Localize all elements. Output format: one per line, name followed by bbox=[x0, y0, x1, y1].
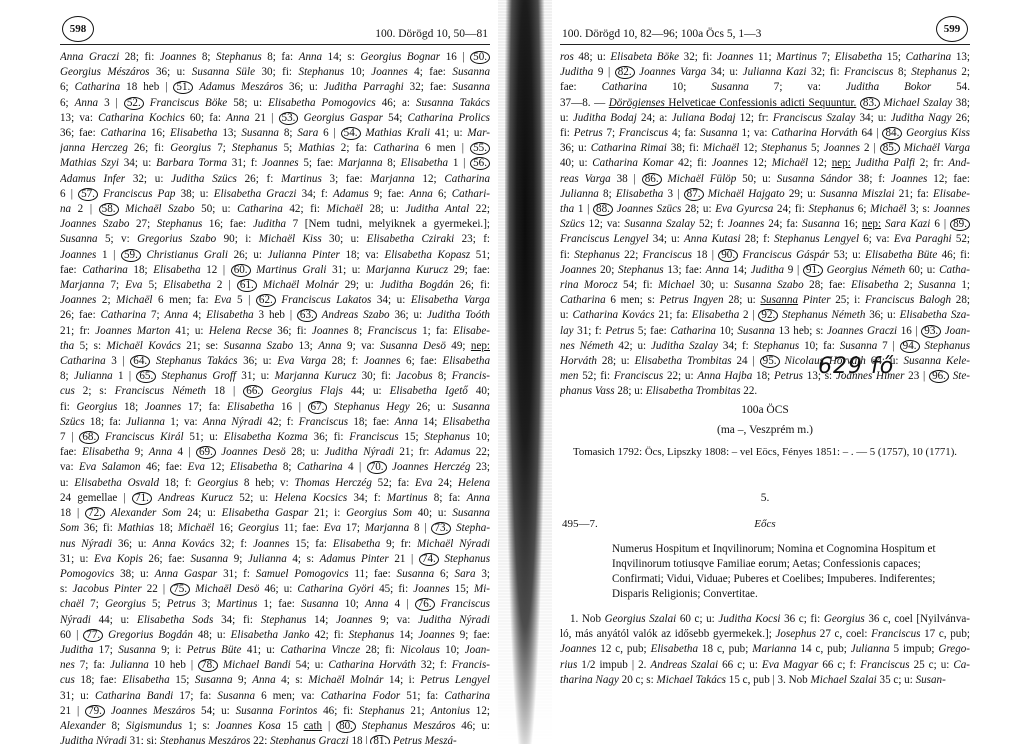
text-line: s: Jacobus Pinter 22 | 75. Michaël Desö … bbox=[60, 582, 490, 597]
circled-household-number: 87. bbox=[684, 188, 704, 201]
text-line: Susanna 5; v: Gregorius Szabo 90; i: Mic… bbox=[60, 232, 490, 247]
right-page-body: ros 48; u: Elisabeta Böke 32; fi: Joanne… bbox=[560, 50, 970, 400]
circled-household-number: 89. bbox=[950, 218, 970, 231]
text-line: fi: Stephanus 22; Franciscus 18 | 90. Fr… bbox=[560, 248, 970, 263]
text-line: Joannes 20; Stephanus 13; fae: Anna 14; … bbox=[560, 263, 970, 278]
running-head: 100. Dörögd 10, 50—81 bbox=[375, 28, 488, 40]
text-line: 26; fae: Catharina 7; Anna 4; Elisabetha… bbox=[60, 308, 490, 323]
text-line: u: Juditha Bodaj 24; a: Juliana Bodaj 12… bbox=[560, 111, 970, 126]
circled-household-number: 60. bbox=[231, 264, 251, 277]
circled-household-number: 84. bbox=[882, 127, 902, 140]
circled-household-number: 58. bbox=[99, 203, 119, 216]
text-line: nes Németh 42; u: Juditha Szalay 34; f: … bbox=[560, 339, 970, 354]
circled-household-number: 88. bbox=[593, 203, 613, 216]
text-line: rina Morocz 54; fi: Michael 30; u: Susan… bbox=[560, 278, 970, 293]
text-line: na 2 | 58. Michaël Szabo 50; u: Catharin… bbox=[60, 202, 490, 217]
text-line: Joannes Szabo 27; Stephanus 16; fae: Jud… bbox=[60, 217, 490, 232]
left-page-body: Anna Graczi 28; fi: Joannes 8; Stephanus… bbox=[60, 50, 490, 744]
text-line: 40; u: Catharina Komar 42; fi: Joannes 1… bbox=[560, 156, 970, 171]
circled-household-number: 65. bbox=[136, 370, 156, 383]
text-line: cus 18; fae: Elisabetha 15; Susanna 9; A… bbox=[60, 673, 490, 688]
text-line: Juditha 9 | 82. Joannes Varga 34; u: Jul… bbox=[560, 65, 970, 80]
text-line: 37—8. — Dörögienses Helveticae Confessio… bbox=[560, 96, 970, 111]
running-head: 100. Dörögd 10, 82—96; 100a Öcs 5, 1—3 bbox=[562, 28, 761, 40]
text-line: lay 31; f: Petrus 5; fae: Catharina 10; … bbox=[560, 324, 970, 339]
circled-household-number: 68. bbox=[79, 431, 99, 444]
text-line: cus 2; s: Franciscus Németh 18 | 66. Geo… bbox=[60, 384, 490, 399]
text-line: 31; u: Catharina Bandi 17; fa: Susanna 6… bbox=[60, 689, 490, 704]
circled-household-number: 56. bbox=[470, 157, 490, 170]
text-line: fae: Elisabetha 9; Anna 4 | 69. Joannes … bbox=[60, 445, 490, 460]
circled-household-number: 53. bbox=[279, 112, 299, 125]
circled-household-number: 93. bbox=[921, 325, 941, 338]
text-line: men 52; fi: Franciscus 22; u: Anna Hajba… bbox=[560, 369, 970, 384]
text-line: Marjanna 7; Eva 5; Elisabetha 2 | 61. Mi… bbox=[60, 278, 490, 293]
circled-household-number: 72. bbox=[85, 507, 105, 520]
circled-household-number: 91. bbox=[803, 264, 823, 277]
text-line: janna Herczeg 26; fi: Georgius 7; Stepha… bbox=[60, 141, 490, 156]
page-number-circled: 599 bbox=[936, 16, 968, 42]
text-line: 24 gemellae | 71. Andreas Kurucz 52; u: … bbox=[60, 491, 490, 506]
text-line: rius 1/2 impub | 2. Andreas Szalai 66 c;… bbox=[560, 658, 970, 673]
text-line: ló, más anyától valók az idősebb gyermek… bbox=[560, 627, 970, 642]
circled-household-number: 95. bbox=[760, 355, 780, 368]
circled-household-number: 79. bbox=[85, 705, 105, 718]
text-line: Catharina 6 men; s: Petrus Ingyen 28; u:… bbox=[560, 293, 970, 308]
text-line: Catharina 3 | 64. Stephanus Takács 36; u… bbox=[60, 354, 490, 369]
text-line: Julianna 8; Elisabetha 3 | 87. Michaël H… bbox=[560, 187, 970, 202]
text-line: Szücs 18; fa: Julianna 1; va: Anna Nýrad… bbox=[60, 415, 490, 430]
text-line: Alexander 8; Sigismundus 1; s: Joannes K… bbox=[60, 719, 490, 734]
text-line: Mathias Szyi 34; u: Barbara Torma 31; f:… bbox=[60, 156, 490, 171]
circled-household-number: 52. bbox=[124, 97, 144, 110]
circled-household-number: 66. bbox=[243, 385, 263, 398]
circled-household-number: 77. bbox=[83, 629, 103, 642]
circled-household-number: 61. bbox=[237, 279, 257, 292]
text-line: fae: Catharina 18; Elisabetha 12 | 60. M… bbox=[60, 263, 490, 278]
text-line: Joannes 12 c, pub; Elisabetha 18 c, pub;… bbox=[560, 642, 970, 657]
text-line: Pomogovics 38; u: Anna Gaspar 31; f: Sam… bbox=[60, 567, 490, 582]
circled-household-number: 81. bbox=[370, 735, 390, 744]
census-column-heading: Numerus Hospitum et Inqvilinorum; Nomina… bbox=[612, 542, 968, 602]
left-page: 598 100. Dörögd 10, 50—81 Anna Graczi 28… bbox=[60, 0, 490, 744]
text-line: ros 48; u: Elisabeta Böke 32; fi: Joanne… bbox=[560, 50, 970, 65]
circled-household-number: 83. bbox=[860, 97, 880, 110]
text-line: Som 36; fi: Mathias 18; Michaël 16; Geor… bbox=[60, 521, 490, 536]
text-line: Nýradi 44; u: Elisabetha Sods 34; fi: St… bbox=[60, 613, 490, 628]
circled-household-number: 62. bbox=[256, 294, 276, 307]
text-line: tha 5; s: Michaël Kovács 21; se: Susanna… bbox=[60, 339, 490, 354]
circled-household-number: 51. bbox=[173, 81, 193, 94]
circled-household-number: 59. bbox=[121, 249, 141, 262]
text-line: Horváth 28; u: Elisabetha Trombitas 24 |… bbox=[560, 354, 970, 369]
entry-place-name: Eőcs bbox=[560, 518, 970, 530]
circled-household-number: 92. bbox=[758, 309, 778, 322]
text-line: nus Nýradi 36; u: Anna Kovács 32; f: Joa… bbox=[60, 537, 490, 552]
circled-household-number: 78. bbox=[198, 659, 218, 672]
text-line: tha 1 | 88. Joannes Szücs 28; u: Eva Gyu… bbox=[560, 202, 970, 217]
locality-title: 100a ÖCS bbox=[560, 404, 970, 416]
text-line: 60 | 77. Gregorius Bogdán 48; u: Elisabe… bbox=[60, 628, 490, 643]
left-page-header: 598 100. Dörögd 10, 50—81 bbox=[60, 18, 490, 45]
text-line: fae: Catharina 10; Susanna 7; va: Judith… bbox=[560, 80, 970, 95]
text-line: 13; va: Catharina Kochics 60; fa: Anna 2… bbox=[60, 111, 490, 126]
circled-household-number: 80. bbox=[336, 720, 356, 733]
text-line: 6; Anna 3 | 52. Franciscus Böke 58; u: E… bbox=[60, 96, 490, 111]
circled-household-number: 75. bbox=[170, 583, 190, 596]
circled-household-number: 96. bbox=[929, 370, 949, 383]
locality-subtitle: (ma –, Veszprém m.) bbox=[560, 424, 970, 436]
text-line: Juditha Nýradi 31; si: Stephanus Meszáro… bbox=[60, 734, 490, 744]
page-number-circled: 598 bbox=[62, 16, 94, 42]
circled-household-number: 57. bbox=[78, 188, 98, 201]
text-line: 18 | 72. Alexander Som 24; u: Elisabetha… bbox=[60, 506, 490, 521]
right-page: 100. Dörögd 10, 82—96; 100a Öcs 5, 1—3 5… bbox=[560, 0, 970, 744]
text-line: 21 | 79. Joannes Meszáros 54; u: Susanna… bbox=[60, 704, 490, 719]
text-line: Juditha 17; Susanna 9; i: Petrus Büte 41… bbox=[60, 643, 490, 658]
circled-household-number: 90. bbox=[718, 249, 738, 262]
text-line: 8; Julianna 1 | 65. Stephanus Groff 31; … bbox=[60, 369, 490, 384]
circled-household-number: 69. bbox=[196, 446, 216, 459]
text-line: phanus Vass 28; u: Elisabetha Trombitas … bbox=[560, 384, 970, 399]
text-line: u: Catharina Kovács 21; fa: Elisabetha 2… bbox=[560, 308, 970, 323]
text-line: Joannes 2; Michaël 6 men; fa: Eva 5 | 62… bbox=[60, 293, 490, 308]
text-line: reas Varga 38 | 86. Michaël Fülöp 50; u:… bbox=[560, 172, 970, 187]
circled-household-number: 73. bbox=[431, 522, 451, 535]
circled-household-number: 85. bbox=[880, 142, 900, 155]
text-line: tharina Nagy 20 c; s: Michael Takács 15 … bbox=[560, 673, 970, 688]
circled-household-number: 63. bbox=[297, 309, 317, 322]
text-line: 1. Nob Georgius Szalai 60 c; u: Juditha … bbox=[560, 612, 970, 627]
text-line: nes 7; fa: Julianna 10 heb | 78. Michael… bbox=[60, 658, 490, 673]
circled-household-number: 71. bbox=[132, 492, 152, 505]
text-line: fi: Petrus 7; Franciscus 4; fa: Susanna … bbox=[560, 126, 970, 141]
text-line: 21; fr: Joannes Marton 41; u: Helena Rec… bbox=[60, 324, 490, 339]
right-page-header: 100. Dörögd 10, 82—96; 100a Öcs 5, 1—3 5… bbox=[560, 18, 970, 45]
text-line: 6 | 57. Franciscus Pap 38; u: Elisabetha… bbox=[60, 187, 490, 202]
circled-household-number: 82. bbox=[615, 66, 635, 79]
text-line: fi: Georgius 18; Joannes 17; fa: Elisabe… bbox=[60, 400, 490, 415]
circled-household-number: 64. bbox=[130, 355, 150, 368]
text-line: Adamus Infer 32; u: Juditha Szücs 26; f:… bbox=[60, 172, 490, 187]
circled-household-number: 86. bbox=[642, 173, 662, 186]
text-line: u: Elisabetha Osvald 18; f: Georgius 8 h… bbox=[60, 476, 490, 491]
circled-household-number: 70. bbox=[367, 461, 387, 474]
circled-household-number: 74. bbox=[419, 553, 439, 566]
circled-household-number: 54. bbox=[341, 127, 361, 140]
text-line: 7 | 68. Franciscus Királ 51; u: Elisabet… bbox=[60, 430, 490, 445]
locality-sources: Tomasich 1792: Öcs, Lipszky 1808: – vel … bbox=[560, 446, 970, 458]
text-line: Joannes 1 | 59. Christianus Grali 26; u:… bbox=[60, 248, 490, 263]
circled-household-number: 67. bbox=[308, 401, 328, 414]
book-gutter bbox=[505, 0, 545, 744]
handwritten-note: 629 fő bbox=[818, 354, 894, 379]
text-line: 6; Catharina 18 heb | 51. Adamus Meszáro… bbox=[60, 80, 490, 95]
circled-household-number: 50. bbox=[470, 51, 490, 64]
text-line: 36; fae: Catharina 16; Elisabetha 13; Su… bbox=[60, 126, 490, 141]
circled-household-number: 76. bbox=[415, 598, 435, 611]
census-entries: 1. Nob Georgius Szalai 60 c; u: Juditha … bbox=[560, 612, 970, 688]
text-line: Georgius Mészáros 36; u: Susanna Süle 30… bbox=[60, 65, 490, 80]
text-line: va: Eva Salamon 46; fae: Eva 12; Elisabe… bbox=[60, 460, 490, 475]
text-line: Franciscus Lengyel 34; u: Anna Kutasi 28… bbox=[560, 232, 970, 247]
circled-household-number: 94. bbox=[900, 340, 920, 353]
text-line: chaël 7; Georgius 5; Petrus 3; Martinus … bbox=[60, 597, 490, 612]
section-number: 5. bbox=[560, 492, 970, 504]
text-line: 36; u: Catharina Rimai 38; fi: Michaël 1… bbox=[560, 141, 970, 156]
text-line: 31; u: Eva Kopis 26; fae: Susanna 9; Jul… bbox=[60, 552, 490, 567]
text-line: Szücs 12; va: Susanna Szalay 52; f: Joan… bbox=[560, 217, 970, 232]
circled-household-number: 55. bbox=[470, 142, 490, 155]
text-line: Anna Graczi 28; fi: Joannes 8; Stephanus… bbox=[60, 50, 490, 65]
